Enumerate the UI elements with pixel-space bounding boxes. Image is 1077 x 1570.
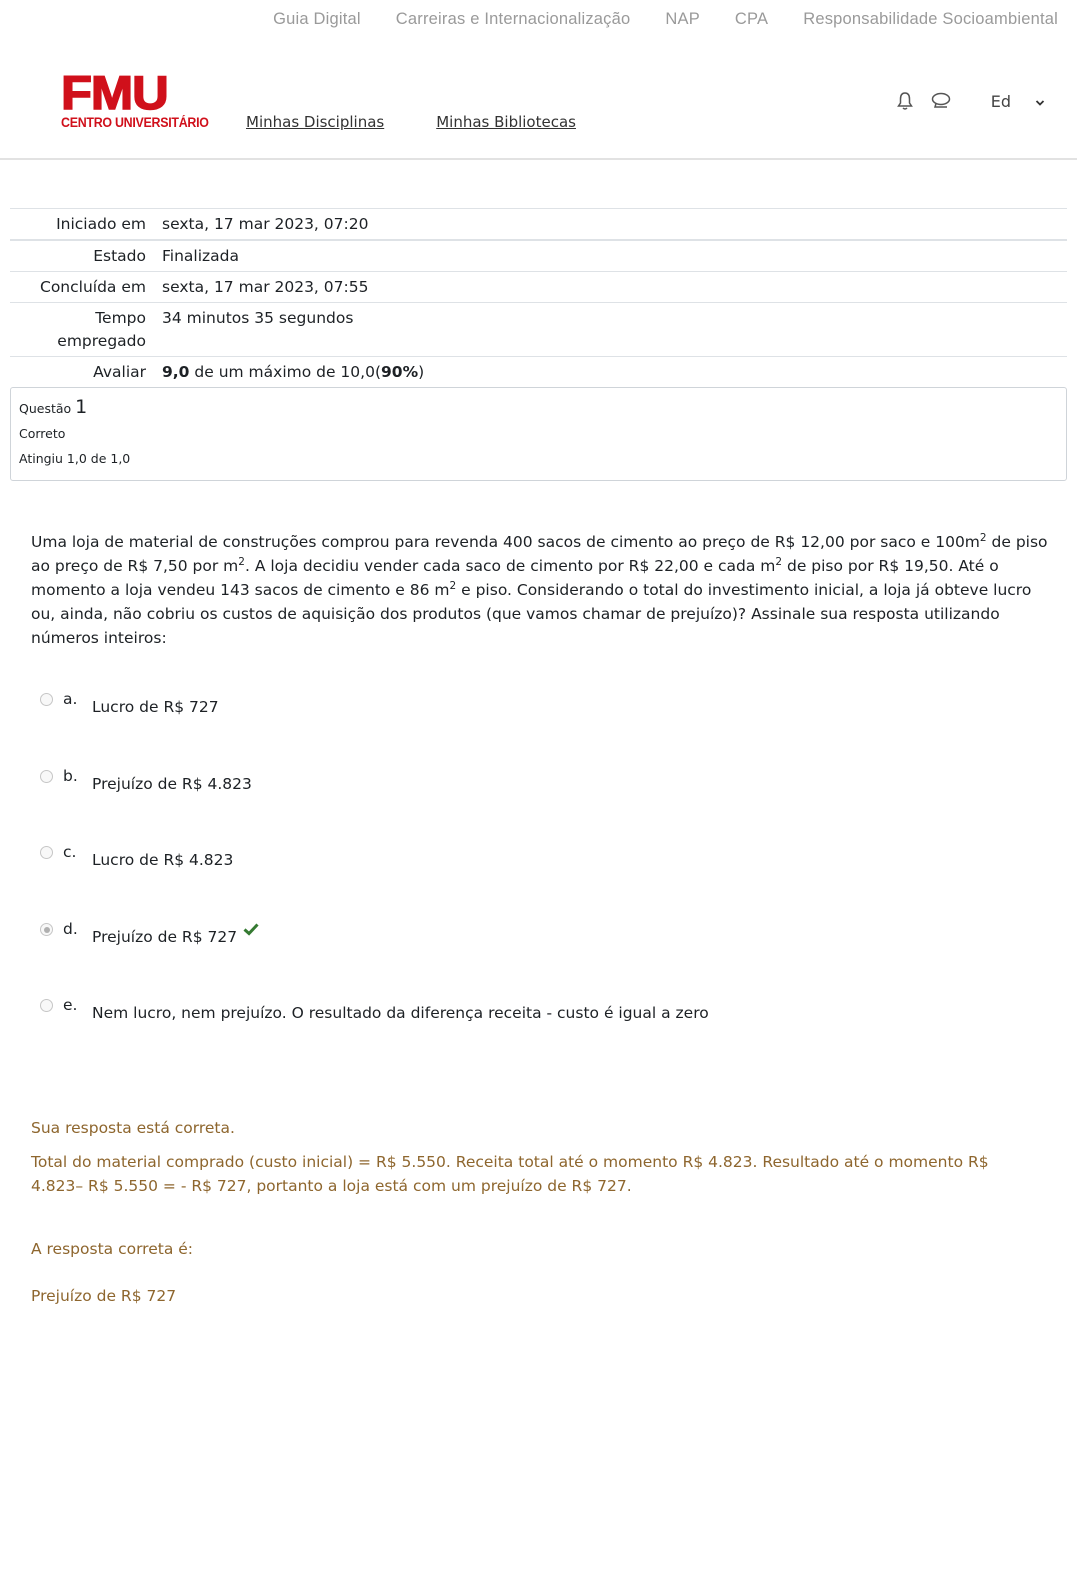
question-status: Correto — [19, 426, 1058, 441]
time-value: 34 minutos 35 segundos — [162, 303, 1067, 357]
answer-letter: c. — [63, 843, 92, 861]
right-answer-label: A resposta correta é: — [31, 1237, 1031, 1261]
question-number-value: 1 — [75, 396, 87, 418]
chat-bubble-icon[interactable] — [929, 90, 953, 112]
answer-text: Lucro de R$ 4.823 — [92, 851, 233, 869]
summary-row-started: Iniciado em sexta, 17 mar 2023, 07:20 — [10, 209, 1067, 241]
link-carreiras[interactable]: Carreiras e Internacionalização — [396, 10, 631, 29]
link-guia-digital[interactable]: Guia Digital — [273, 10, 361, 29]
answer-text: Prejuízo de R$ 4.823 — [92, 775, 252, 793]
site-header: FMU CENTRO UNIVERSITÁRIO Minhas Discipli… — [0, 60, 1077, 160]
grade-percent: 90% — [381, 363, 418, 381]
grade-label: Avaliar — [10, 357, 162, 388]
logo-wordmark: FMU — [61, 73, 212, 113]
feedback-result: Sua resposta está correta. — [31, 1116, 1031, 1140]
right-answer: Prejuízo de R$ 727 — [31, 1284, 1031, 1308]
answer-letter: d. — [63, 920, 92, 938]
qtext-part: Uma loja de material de construções comp… — [31, 533, 980, 551]
time-label-line2: empregado — [57, 332, 146, 350]
attempt-summary-table: Iniciado em sexta, 17 mar 2023, 07:20 Es… — [10, 208, 1067, 387]
answer-letter: a. — [63, 690, 92, 708]
question-number: Questão 1 — [19, 396, 1058, 418]
question-text: Uma loja de material de construções comp… — [31, 530, 1056, 650]
answer-option-c[interactable]: c. Lucro de R$ 4.823 — [40, 843, 233, 869]
answer-text: Nem lucro, nem prejuízo. O resultado da … — [92, 1004, 709, 1022]
superscript: 2 — [980, 532, 987, 544]
bell-icon[interactable] — [893, 90, 917, 112]
time-label-line1: Tempo — [95, 309, 146, 327]
radio-e[interactable] — [40, 999, 53, 1012]
chevron-down-icon[interactable] — [1035, 92, 1045, 111]
answer-text-wrap: Prejuízo de R$ 727 — [92, 928, 259, 946]
radio-a[interactable] — [40, 693, 53, 706]
completed-label: Concluída em — [10, 272, 162, 303]
link-nap[interactable]: NAP — [665, 10, 700, 29]
grade-score: 9,0 — [162, 363, 189, 381]
summary-row-time: Tempoempregado 34 minutos 35 segundos — [10, 303, 1067, 357]
radio-c[interactable] — [40, 846, 53, 859]
started-value: sexta, 17 mar 2023, 07:20 — [162, 209, 1067, 241]
qtext-part: . A loja decidiu vender cada saco de cim… — [245, 557, 775, 575]
answer-option-a[interactable]: a. Lucro de R$ 727 — [40, 690, 219, 716]
logo-subtitle: CENTRO UNIVERSITÁRIO — [61, 115, 190, 131]
top-links: Guia Digital Carreiras e Internacionaliz… — [273, 10, 1058, 29]
answer-option-e[interactable]: e. Nem lucro, nem prejuízo. O resultado … — [40, 996, 709, 1022]
grade-value: 9,0 de um máximo de 10,0(90%) — [162, 357, 1067, 388]
radio-b[interactable] — [40, 770, 53, 783]
link-responsabilidade[interactable]: Responsabilidade Socioambiental — [803, 10, 1058, 29]
started-label: Iniciado em — [10, 209, 162, 241]
link-cpa[interactable]: CPA — [735, 10, 768, 29]
completed-value: sexta, 17 mar 2023, 07:55 — [162, 272, 1067, 303]
question-mark: Atingiu 1,0 de 1,0 — [19, 451, 1058, 466]
grade-text: de um máximo de 10,0( — [189, 363, 381, 381]
state-value: Finalizada — [162, 240, 1067, 272]
feedback-explanation: Total do material comprado (custo inicia… — [31, 1150, 1021, 1198]
grade-close: ) — [418, 363, 424, 381]
user-menu: Ed — [893, 90, 1045, 112]
answer-letter: b. — [63, 767, 92, 785]
answer-option-b[interactable]: b. Prejuízo de R$ 4.823 — [40, 767, 252, 793]
user-name[interactable]: Ed — [991, 92, 1011, 111]
summary-row-completed: Concluída em sexta, 17 mar 2023, 07:55 — [10, 272, 1067, 303]
summary-row-state: Estado Finalizada — [10, 240, 1067, 272]
nav-minhas-bibliotecas[interactable]: Minhas Bibliotecas — [436, 113, 576, 131]
radio-d[interactable] — [40, 923, 53, 936]
question-info-box: Questão 1 Correto Atingiu 1,0 de 1,0 — [10, 387, 1067, 481]
superscript: 2 — [238, 556, 245, 568]
time-label: Tempoempregado — [10, 303, 162, 357]
answer-letter: e. — [63, 996, 92, 1014]
state-label: Estado — [10, 240, 162, 272]
answer-option-d[interactable]: d. Prejuízo de R$ 727 — [40, 920, 259, 946]
answer-text: Prejuízo de R$ 727 — [92, 928, 237, 946]
main-nav: Minhas Disciplinas Minhas Bibliotecas — [246, 113, 576, 131]
question-label: Questão — [19, 401, 71, 416]
summary-row-grade: Avaliar 9,0 de um máximo de 10,0(90%) — [10, 357, 1067, 388]
checkmark-icon — [243, 922, 259, 940]
answer-text: Lucro de R$ 727 — [92, 698, 219, 716]
fmu-logo[interactable]: FMU CENTRO UNIVERSITÁRIO — [61, 73, 201, 131]
nav-minhas-disciplinas[interactable]: Minhas Disciplinas — [246, 113, 384, 131]
